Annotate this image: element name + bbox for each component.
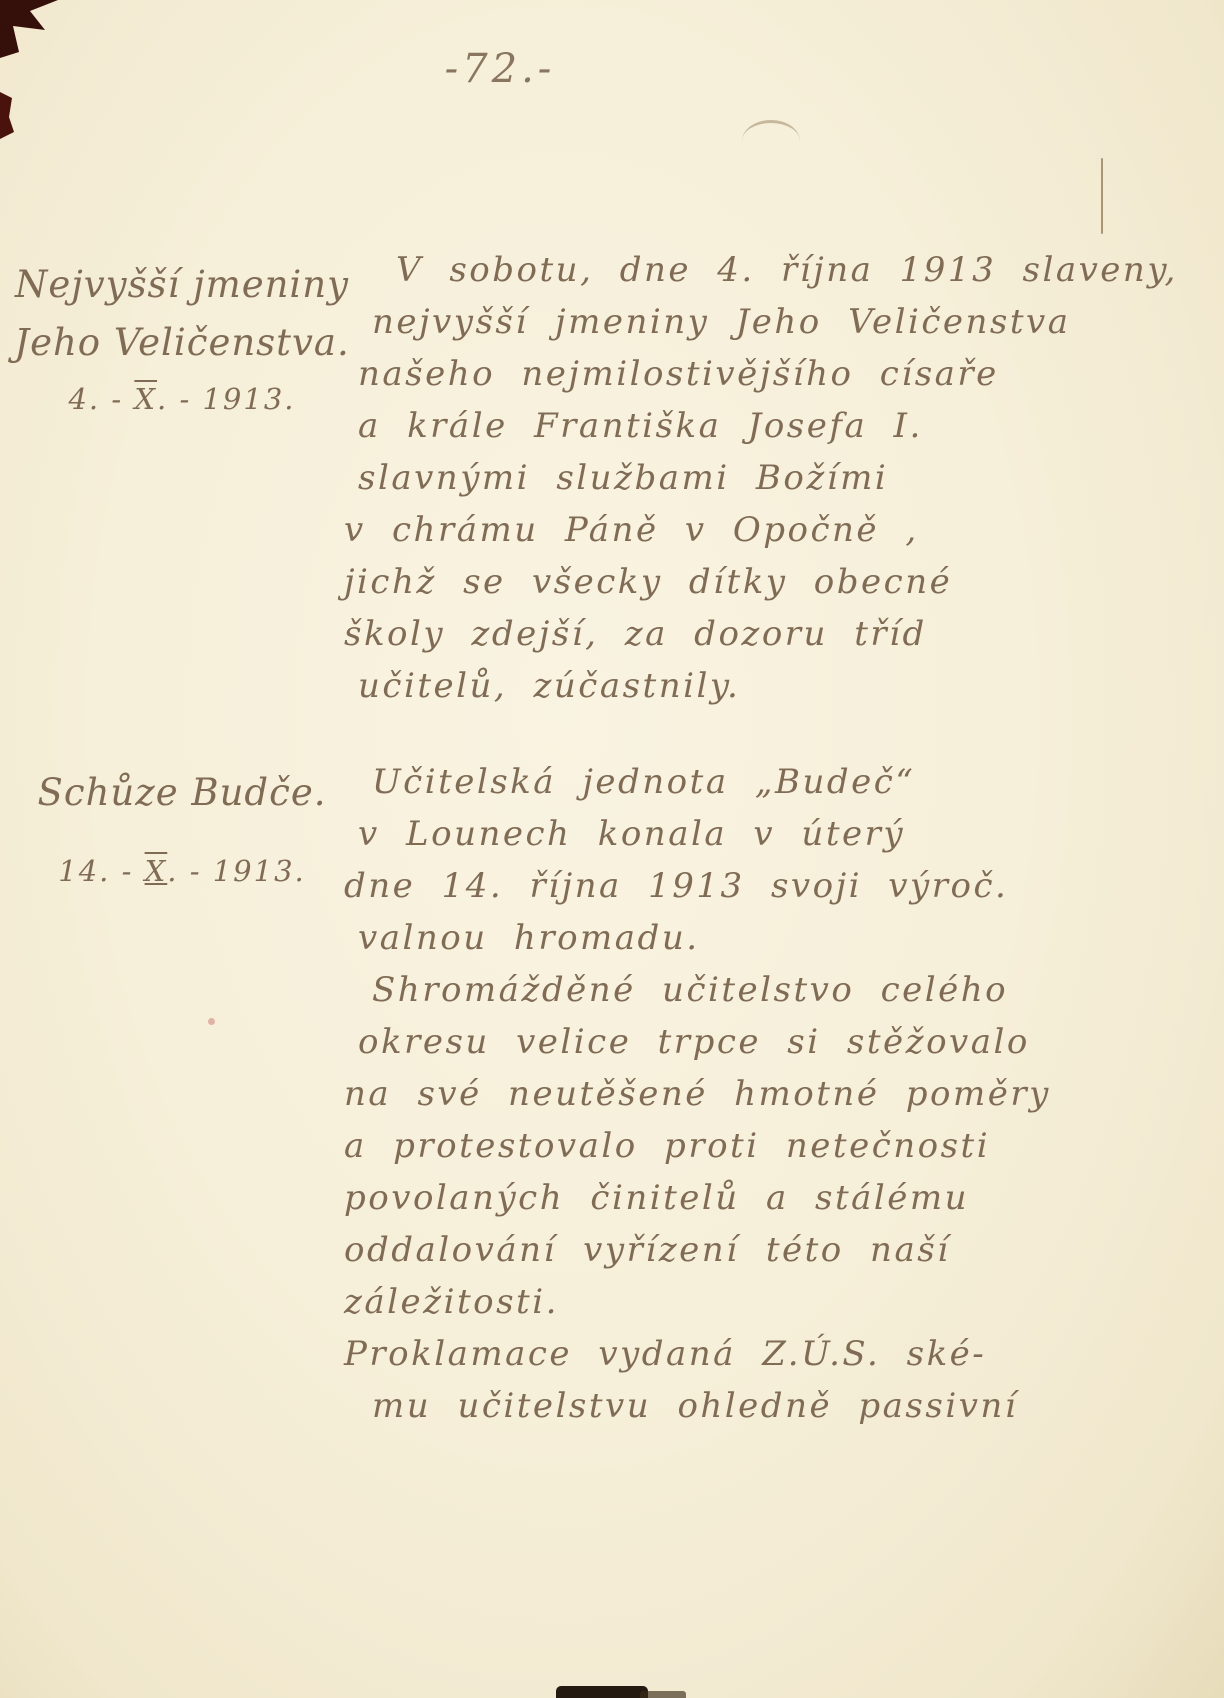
crease-line bbox=[1101, 158, 1103, 234]
text-line: v chrámu Páně v Opočně , bbox=[344, 504, 1084, 556]
margin-title-line: Nejvyšší jmeniny bbox=[14, 256, 350, 314]
page-number: -72.- bbox=[390, 46, 610, 92]
text-line: našeho nejmilostivějšího císaře bbox=[344, 348, 1084, 400]
text-line: povolaných činitelů a stálému bbox=[344, 1172, 1084, 1224]
text-line: V sobotu, dne 4. října 1913 slaveny, bbox=[344, 244, 1084, 296]
bottom-ink-stain-small bbox=[640, 1691, 686, 1698]
margin-title-line: Schůze Budče. bbox=[14, 764, 350, 822]
text-line: Shromážděné učitelstvo celého bbox=[344, 964, 1084, 1016]
pencil-arc-mark bbox=[742, 120, 800, 141]
date-year: . - 1913. bbox=[157, 382, 295, 416]
date-year: . - 1913. bbox=[167, 854, 305, 888]
text-line: v Lounech konala v úterý bbox=[344, 808, 1084, 860]
text-line: valnou hromadu. bbox=[344, 912, 1084, 964]
margin-date: 4. - X. - 1913. bbox=[14, 382, 350, 416]
body-paragraph-schuze: Učitelská jednota „Budeč“ v Lounech kona… bbox=[344, 756, 1084, 1432]
text-line: Učitelská jednota „Budeč“ bbox=[344, 756, 1084, 808]
ink-stain-icon bbox=[0, 0, 70, 150]
text-line: mu učitelstvu ohledně passivní bbox=[344, 1380, 1084, 1432]
manuscript-page: -72.- Nejvyšší jmeniny Jeho Veličenstva.… bbox=[0, 0, 1224, 1698]
date-day: 4. - bbox=[68, 382, 134, 416]
red-dot-stain bbox=[208, 1018, 215, 1025]
text-line: na své neutěšené hmotné poměry bbox=[344, 1068, 1084, 1120]
date-roman-numeral: X bbox=[134, 382, 157, 416]
text-line: okresu velice trpce si stěžovalo bbox=[344, 1016, 1084, 1068]
text-line: nejvyšší jmeniny Jeho Veličenstva bbox=[344, 296, 1084, 348]
bottom-ink-stain bbox=[556, 1686, 648, 1698]
text-line: Proklamace vydaná Z.Ú.S. ské- bbox=[344, 1328, 1084, 1380]
text-line: záležitosti. bbox=[344, 1276, 1084, 1328]
margin-date: 14. - X. - 1913. bbox=[14, 854, 350, 888]
text-line: slavnými službami Božími bbox=[344, 452, 1084, 504]
text-line: učitelů, zúčastnily. bbox=[344, 660, 1084, 712]
text-line: a krále Františka Josefa I. bbox=[344, 400, 1084, 452]
margin-title-line: Jeho Veličenstva. bbox=[14, 314, 350, 372]
body-paragraph-jmeniny: V sobotu, dne 4. října 1913 slaveny, nej… bbox=[344, 244, 1084, 712]
text-line: školy zdejší, za dozoru tříd bbox=[344, 608, 1084, 660]
margin-heading-schuze: Schůze Budče. 14. - X. - 1913. bbox=[14, 764, 350, 888]
text-line: a protestovalo proti netečnosti bbox=[344, 1120, 1084, 1172]
margin-heading-jmeniny: Nejvyšší jmeniny Jeho Veličenstva. 4. - … bbox=[14, 256, 350, 416]
text-line: jichž se všecky dítky obecné bbox=[344, 556, 1084, 608]
text-line: oddalování vyřízení této naší bbox=[344, 1224, 1084, 1276]
text-line: dne 14. října 1913 svoji výroč. bbox=[344, 860, 1084, 912]
date-roman-numeral: X bbox=[145, 854, 168, 888]
date-day: 14. - bbox=[58, 854, 144, 888]
